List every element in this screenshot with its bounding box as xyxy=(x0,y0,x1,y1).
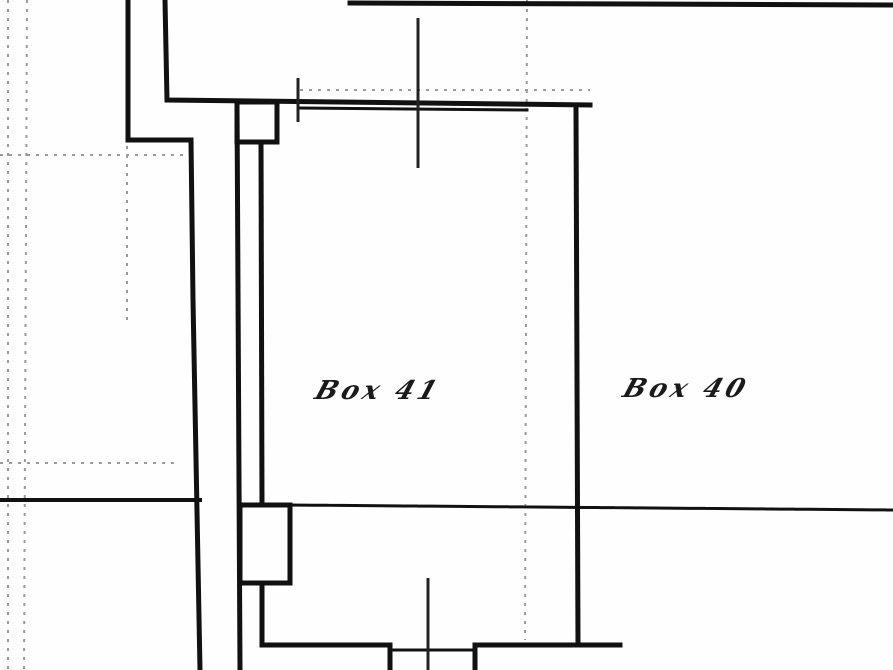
floor-plan-drawing xyxy=(0,0,893,670)
walls xyxy=(0,0,893,670)
room-label-box-40: Box 40 xyxy=(619,374,753,404)
room-label-box-41: Box 41 xyxy=(311,376,445,406)
axis-ticks xyxy=(298,18,428,670)
floor-plan-canvas: Box 41 Box 40 xyxy=(0,0,893,670)
